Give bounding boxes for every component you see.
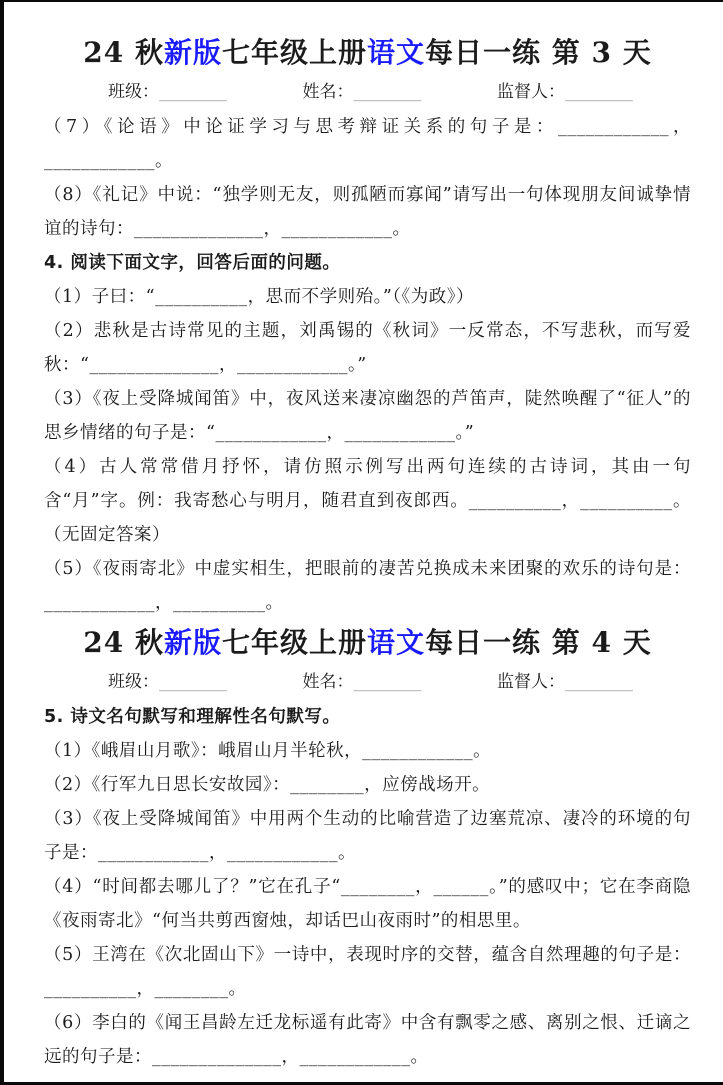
title-prefix: 24 秋	[83, 626, 164, 659]
question-8: （8）《礼记》中说：“独学则无友，则孤陋而寡闻”请写出一句体现朋友间诚挚情谊的诗…	[44, 178, 691, 246]
title-suffix: 每日一练 第 4 天	[425, 626, 652, 659]
worksheet-title-day4: 24 秋新版七年级上册语文每日一练 第 4 天	[44, 622, 691, 664]
class-blank-line: ________	[159, 82, 227, 102]
student-info-row-day4: 班级：________ 姓名：________ 监督人：________	[108, 666, 633, 698]
question-4-2: （2）悲秋是古诗常见的主题，刘禹锡的《秋词》一反常态，不写悲秋，而写爱秋：“__…	[44, 314, 691, 382]
question-5-6: （6）李白的《闻王昌龄左迁龙标遥有此寄》中含有飘零之感、离别之恨、迁谪之远的句子…	[44, 1006, 691, 1074]
question-4-1: （1）子曰：“__________，思而不学则殆。”（《为政》）	[44, 280, 691, 314]
name-label: 姓名：	[303, 82, 354, 102]
title-subject-highlight: 语文	[367, 626, 425, 659]
title-edition-highlight: 新版	[164, 36, 222, 69]
section-heading-5: 5. 诗文名句默写和理解性名句默写。	[44, 700, 691, 734]
supervisor-field: 监督人：________	[497, 666, 633, 698]
question-4-3: （3）《夜上受降城闻笛》中，夜风送来凄凉幽怨的芦笛声，陡然唤醒了“征人”的思乡情…	[44, 382, 691, 450]
question-5-4: （4）“时间都去哪儿了？”它在孔子“________，______。”的感叹中；…	[44, 870, 691, 938]
class-blank-line: ________	[159, 672, 227, 692]
name-field: 姓名：________	[303, 666, 422, 698]
name-field: 姓名：________	[303, 76, 422, 108]
class-field: 班级：________	[108, 76, 227, 108]
question-5-3: （3）《夜上受降城闻笛》中用两个生动的比喻营造了边塞荒凉、凄冷的环境的句子是：_…	[44, 802, 691, 870]
supervisor-label: 监督人：	[497, 82, 565, 102]
title-prefix: 24 秋	[83, 36, 164, 69]
name-label: 姓名：	[303, 672, 354, 692]
worksheet-section-day4: 24 秋新版七年级上册语文每日一练 第 4 天 班级：________ 姓名：_…	[44, 622, 691, 1074]
question-4-5: （5）《夜雨寄北》中虚实相生，把眼前的凄苦兑换成未来团聚的欢乐的诗句是：____…	[44, 552, 691, 620]
title-subject-highlight: 语文	[367, 36, 425, 69]
supervisor-field: 监督人：________	[497, 76, 633, 108]
supervisor-blank-line: ________	[565, 82, 633, 102]
section-heading-4: 4. 阅读下面文字，回答后面的问题。	[44, 246, 691, 280]
worksheet-page: 24 秋新版七年级上册语文每日一练 第 3 天 班级：________ 姓名：_…	[0, 0, 723, 1085]
title-grade: 七年级上册	[222, 36, 367, 69]
name-blank-line: ________	[354, 672, 422, 692]
name-blank-line: ________	[354, 82, 422, 102]
title-suffix: 每日一练 第 3 天	[425, 36, 652, 69]
question-7: （7）《论语》中论证学习与思考辩证关系的句子是：____________，___…	[44, 110, 691, 178]
supervisor-blank-line: ________	[565, 672, 633, 692]
worksheet-title-day3: 24 秋新版七年级上册语文每日一练 第 3 天	[44, 32, 691, 74]
title-grade: 七年级上册	[222, 626, 367, 659]
question-5-1: （1）《峨眉山月歌》：峨眉山月半轮秋，____________。	[44, 734, 691, 768]
question-5-5: （5）王湾在《次北固山下》一诗中，表现时序的交替，蕴含自然理趣的句子是：____…	[44, 938, 691, 1006]
student-info-row-day3: 班级：________ 姓名：________ 监督人：________	[108, 76, 633, 108]
supervisor-label: 监督人：	[497, 672, 565, 692]
worksheet-section-day3: 24 秋新版七年级上册语文每日一练 第 3 天 班级：________ 姓名：_…	[44, 32, 691, 620]
title-edition-highlight: 新版	[164, 626, 222, 659]
class-label: 班级：	[108, 82, 159, 102]
class-field: 班级：________	[108, 666, 227, 698]
question-5-2: （2）《行军九日思长安故园》：________，应傍战场开。	[44, 768, 691, 802]
question-4-4: （4）古人常常借月抒怀，请仿照示例写出两句连续的古诗词，其由一句含“月”字。例：…	[44, 450, 691, 552]
class-label: 班级：	[108, 672, 159, 692]
